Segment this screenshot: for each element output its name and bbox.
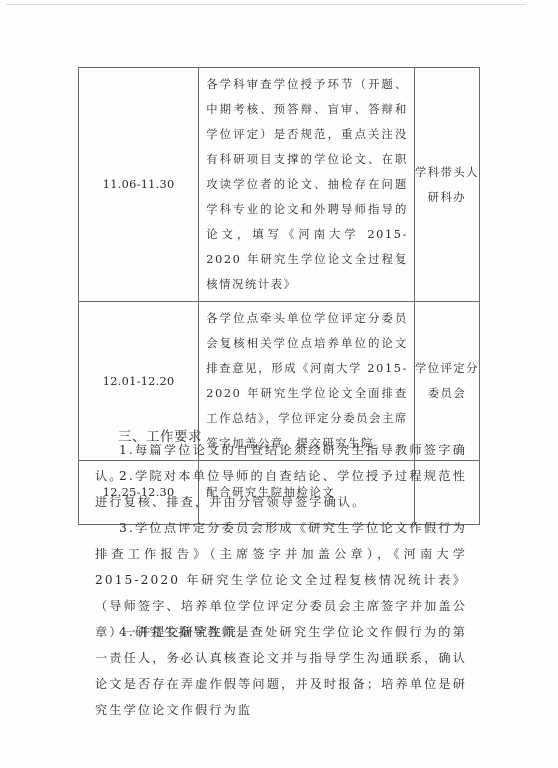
requirement-item: 4.研究生指导教师是查处研究生学位论文作假行为的第一责任人，务必认真核查论文并与… — [95, 619, 467, 723]
scan-edge-line — [6, 4, 526, 5]
table-row: 11.06-11.30 各学科审查学位授予环节（开题、中期考核、预答辩、盲审、答… — [79, 68, 480, 302]
owner-line: 研科办 — [415, 185, 479, 210]
date-cell: 11.06-11.30 — [79, 68, 199, 302]
requirement-item: 2.学院对本单位导师的自查结论、学位授予过程规范性进行复核、排查，并由分管领导签… — [95, 463, 467, 515]
owner-line: 学科带头人 — [415, 160, 479, 185]
content-cell: 各学科审查学位授予环节（开题、中期考核、预答辩、盲审、答辩和学位评定）是否规范，… — [199, 68, 415, 302]
owner-cell: 学科带头人 研科办 — [414, 68, 479, 302]
owner-line: 学位评定分 — [415, 356, 479, 381]
owner-line: 委员会 — [415, 381, 479, 406]
